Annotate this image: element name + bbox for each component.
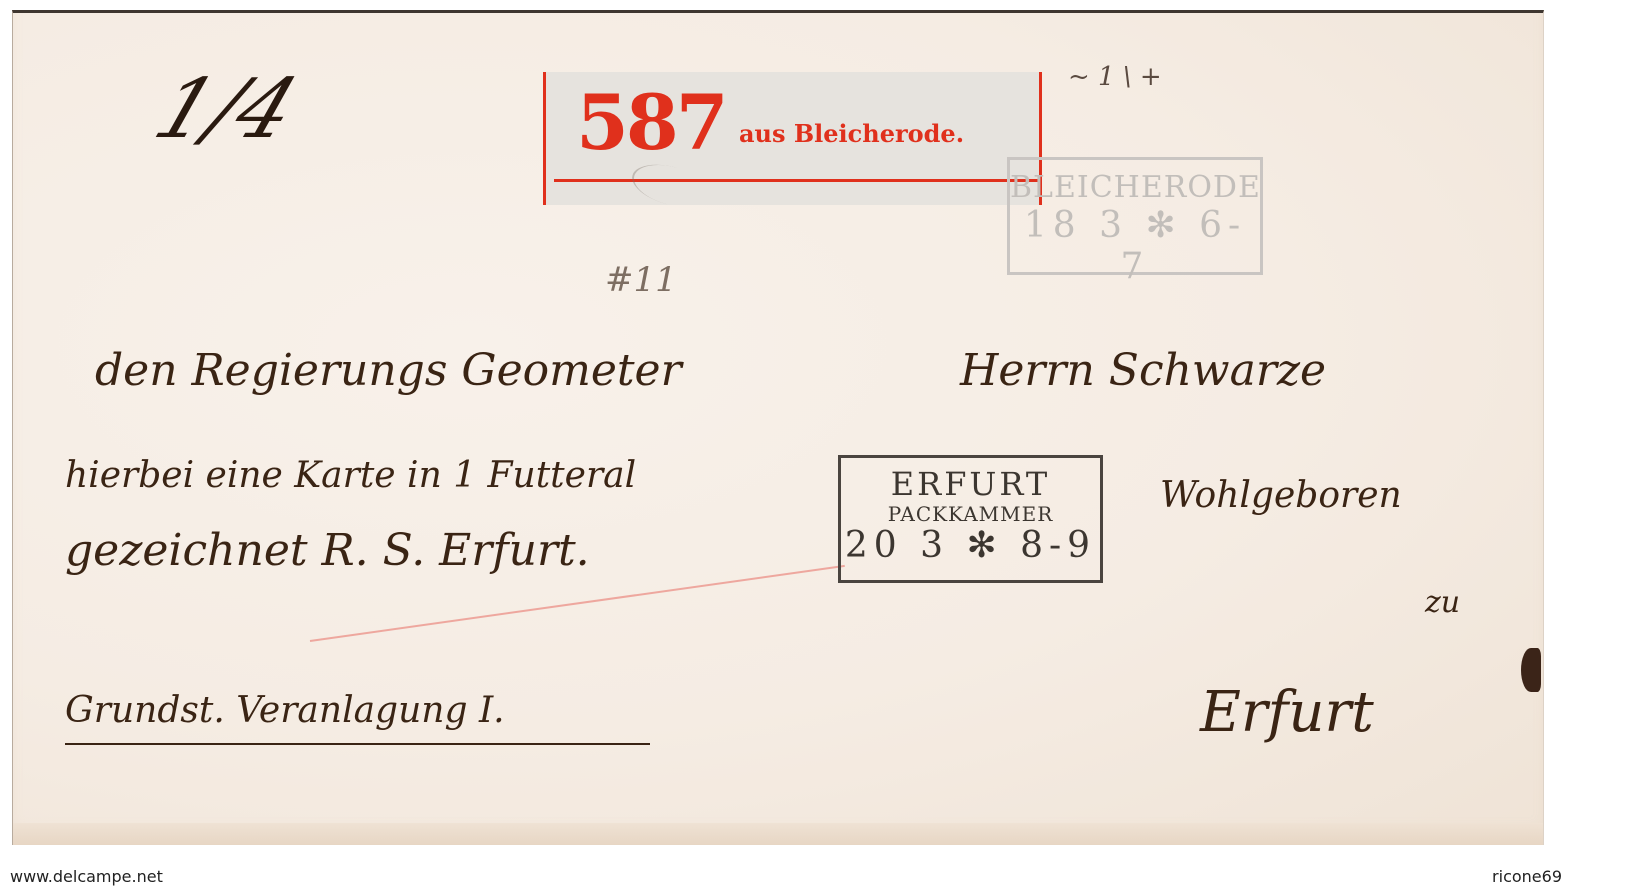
ink-blot (1521, 648, 1541, 692)
postmark-office: PACKKAMMER (841, 502, 1100, 526)
watermark-site: www.delcampe.net (10, 867, 163, 886)
recipient-line-3: zu (1425, 585, 1460, 620)
postmark-bleicherode: BLEICHERODE 18 3 ✻ 6-7 (1007, 157, 1263, 275)
recipient-line-4: Erfurt (1200, 680, 1374, 745)
registration-origin: aus Bleicherode. (739, 119, 964, 148)
address-line-3: gezeichnet R. S. Erfurt. (65, 525, 590, 576)
watermark-seller: ricone69 (1492, 867, 1562, 886)
registration-label: 587 aus Bleicherode. (543, 72, 1042, 205)
postmark-erfurt-packkammer: ERFURT PACKKAMMER 20 3 ✻ 8-9 (838, 455, 1103, 583)
recipient-line-1: Herrn Schwarze (960, 345, 1326, 396)
underline-stroke (65, 743, 650, 745)
postmark-town: ERFURT (841, 466, 1100, 502)
pencil-mark: #11 (605, 260, 677, 300)
envelope-bottom-edge (13, 823, 1543, 845)
label-rule (554, 179, 1039, 182)
address-line-4: Grundst. Veranlagung I. (65, 690, 505, 731)
postmark-date: 20 3 ✻ 8-9 (841, 526, 1100, 566)
handwritten-corner-mark: ~ 1 \ + (1068, 62, 1162, 92)
address-line-1: den Regierungs Geometer (95, 345, 682, 396)
address-line-2: hierbei eine Karte in 1 Futteral (65, 455, 636, 496)
postmark-town: BLEICHERODE (1010, 170, 1260, 205)
postmark-date: 18 3 ✻ 6-7 (1010, 205, 1260, 287)
recipient-line-2: Wohlgeboren (1160, 475, 1402, 516)
registration-number: 587 (576, 78, 726, 167)
